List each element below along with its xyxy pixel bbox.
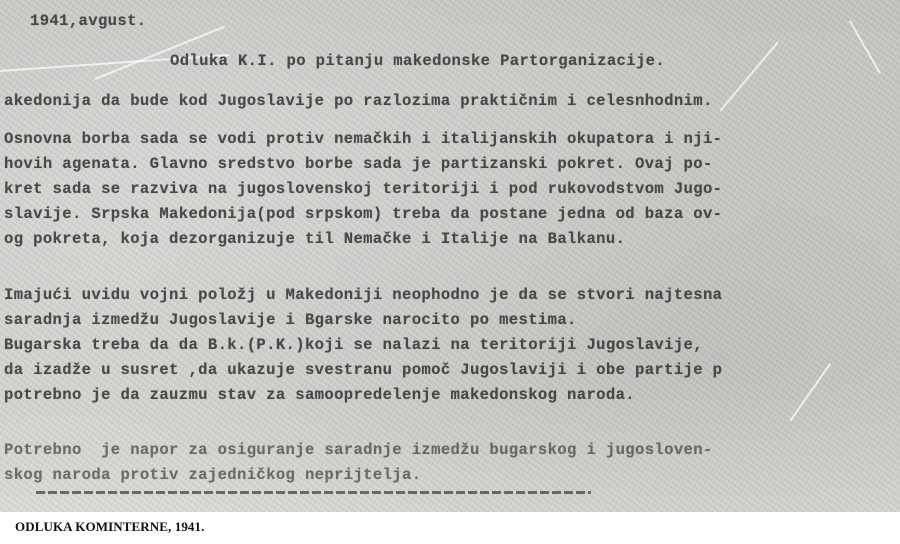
- paper-crease: [719, 41, 778, 111]
- text-line: Potrebno je napor za osiguranje saradnje…: [4, 441, 713, 459]
- text-line: saradnja izmedžu Jugoslavije i Bgarske n…: [4, 311, 577, 329]
- text-line: Bugarska treba da da B.k.(P.K.)koji se n…: [4, 336, 703, 354]
- text-line: slavije. Srpska Makedonija(pod srpskom) …: [4, 205, 722, 223]
- paper-crease: [849, 20, 880, 73]
- document-photo: 1941,avgust. Odluka K.I. po pitanju make…: [0, 0, 900, 512]
- paper-crease: [789, 363, 830, 421]
- text-line: kret sada se razviva na jugoslovenskoj t…: [4, 180, 722, 198]
- text-line: hovih agenata. Glavno sredstvo borbe sad…: [4, 155, 713, 173]
- text-line: akedonija da bude kod Jugoslavije po raz…: [4, 92, 713, 110]
- text-line: da izadže u susret ,da ukazuje svestranu…: [4, 361, 722, 379]
- document-title: Odluka K.I. po pitanju makedonske Partor…: [170, 52, 665, 70]
- figure-caption: ODLUKA KOMINTERNE, 1941.: [15, 519, 204, 535]
- text-line: Osnovna borba sada se vodi protiv nemačk…: [4, 130, 722, 148]
- text-line: og pokreta, koja dezorganizuje til Nemač…: [4, 230, 625, 248]
- dashed-separator: [36, 491, 591, 494]
- text-line: Imajući uvidu vojni položj u Makedoniji …: [4, 286, 722, 304]
- text-line: skog naroda protiv zajedničkog neprijtel…: [4, 466, 421, 484]
- date-line: 1941,avgust.: [30, 12, 147, 30]
- text-line: potrebno je da zauzmu stav za samooprede…: [4, 386, 635, 404]
